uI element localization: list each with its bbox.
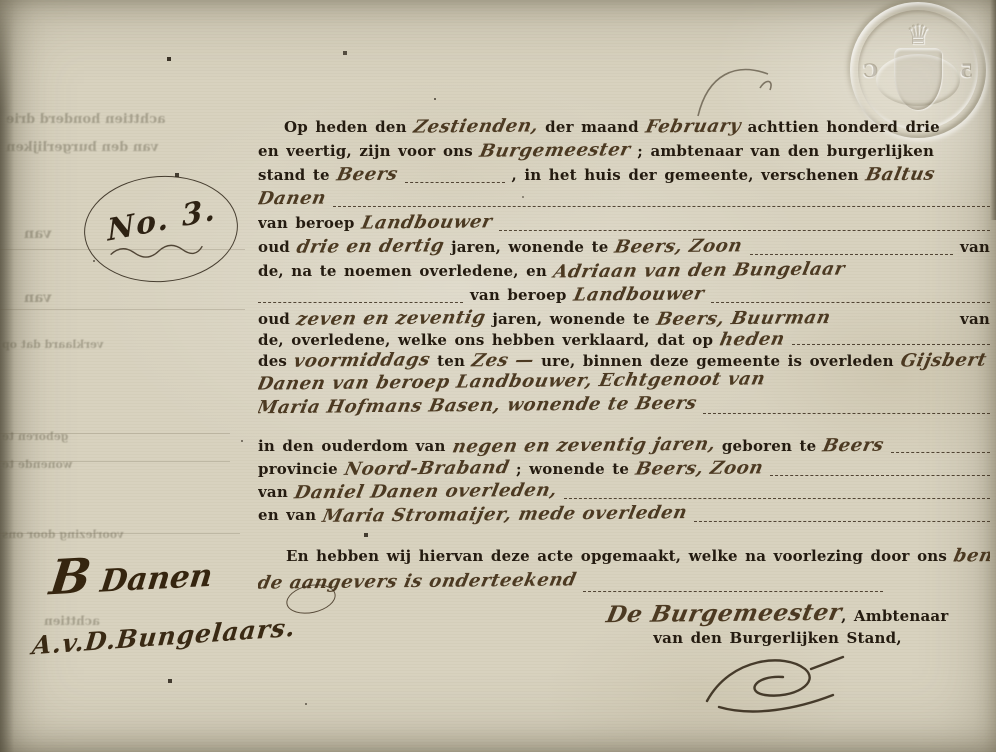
handwritten-text: Maria Hofmans Basen, wonende te Beers [258, 393, 699, 419]
printed-text: van beroep [470, 286, 567, 304]
printed-text: provincie [258, 460, 338, 478]
act-number-oval: No. 3. [80, 171, 241, 287]
officiant-line2: van den Burgerlijken Stand, [565, 629, 990, 647]
printed-text: stand te [258, 166, 330, 184]
ruled-blank-line [405, 182, 505, 183]
bleedthrough-rule [0, 461, 230, 462]
handwritten-text: zeven en zeventig [295, 307, 488, 330]
officiant-title-handwritten: De Burgemeester [604, 599, 844, 628]
ink-specks [0, 0, 2, 2]
act-line: En hebben wij hiervan deze acte opgemaak… [258, 545, 990, 571]
handwritten-text: Beers [335, 164, 400, 186]
handwritten-text: Landbouwer [359, 211, 494, 233]
act-line: provincieNoord-Braband; wonende teBeers,… [258, 458, 990, 481]
printed-text: van [258, 483, 288, 501]
act-line: vanDaniel Danen overleden, [258, 481, 990, 504]
printed-text: , in het huis der gemeente, verschenen [512, 166, 859, 184]
printed-text: van [960, 310, 990, 328]
printed-text: in den ouderdom van [258, 437, 446, 455]
closing-block: De Burgemeester, Ambtenaar van den Burge… [565, 600, 990, 723]
bleedthrough-rule [0, 533, 240, 534]
act-line: oudzeven en zeventigjaren, wonende teBee… [258, 308, 990, 329]
bleedthrough-text: achttien [44, 614, 100, 628]
printed-text: ten [437, 352, 465, 370]
printed-text: de, na te noemen overledene, en [258, 262, 547, 280]
burgemeester-signature-scrawl [693, 649, 863, 719]
printed-text: Op heden den [284, 118, 407, 136]
ruled-blank-line [258, 302, 463, 303]
handwritten-text: benevens [952, 544, 990, 566]
printed-text: en veertig, zijn voor ons [258, 142, 473, 160]
act-line: de aangevers is onderteekend [258, 571, 990, 597]
handwritten-text: drie en dertig [295, 235, 447, 258]
act-line: stand teBeers, in het huis der gemeente,… [258, 164, 990, 188]
printed-text: achttien honderd drie [748, 118, 940, 136]
crown-icon: ♛ [905, 18, 930, 51]
seal-denomination-left: C [863, 60, 878, 82]
printed-text: van [960, 238, 990, 256]
handwritten-text: Beers, Zoon [613, 235, 745, 257]
ruled-blank-line [891, 452, 990, 453]
handwritten-text: negen en zeventig jaren, [450, 434, 717, 458]
ruled-blank-line [564, 498, 990, 499]
act-line: en veertig, zijn voor onsBurgemeester; a… [258, 140, 990, 164]
handwritten-text: Danen [258, 188, 328, 210]
bleedthrough-rule [0, 249, 245, 250]
bleedthrough-rule [0, 433, 230, 434]
ruled-blank-line [694, 521, 990, 522]
printed-text: en van [258, 506, 316, 524]
printed-text: jaren, wonende te [492, 310, 649, 328]
handwritten-text: Zestienden, [411, 116, 540, 138]
act-line: ouddrie en dertigjaren, wonende teBeers,… [258, 236, 990, 260]
handwritten-text: Gijsbert [899, 350, 989, 372]
printed-text: geboren te [722, 437, 817, 455]
act-line: Maria Hofmans Basen, wonende te Beers [258, 395, 990, 419]
handwritten-text: voormiddags [292, 349, 433, 371]
printed-text: van beroep [258, 214, 355, 232]
handwritten-text: Danen van beroep Landbouwer, Echtgenoot … [258, 368, 767, 394]
act-body: Op heden denZestienden,der maandFebruary… [258, 116, 990, 597]
act-line: Danen [258, 188, 990, 212]
printed-text: de, overledene, welke ons hebben verklaa… [258, 331, 713, 349]
ruled-blank-line [711, 302, 990, 303]
ruled-blank-line [499, 230, 990, 231]
ruled-blank-line [333, 206, 990, 207]
act-line: in den ouderdom vannegen en zeventig jar… [258, 435, 990, 458]
bleedthrough-text: achttien honderd drie [6, 112, 166, 127]
handwritten-text: February [644, 116, 743, 137]
paper-right-edge-shadow [990, 0, 996, 220]
ruled-blank-line [750, 254, 954, 255]
printed-text: En hebben wij hiervan deze acte opgemaak… [286, 547, 947, 565]
act-line: Op heden denZestienden,der maandFebruary… [258, 116, 990, 140]
act-line: van beroepLandbouwer [258, 284, 990, 308]
handwritten-text: Zes — [470, 350, 536, 372]
ruled-blank-line [770, 475, 990, 476]
act-line: en vanMaria Stromaijer, mede overleden [258, 504, 990, 527]
handwritten-text: Baltus [864, 164, 937, 186]
handwritten-text: Adriaan van den Bungelaar [552, 258, 847, 282]
handwritten-text: heden [718, 329, 787, 351]
printed-text: der maand [545, 118, 639, 136]
handwritten-text: Beers, Zoon [634, 457, 766, 479]
bleedthrough-text: wonende te [2, 458, 72, 471]
act-line: de, na te noemen overledene, enAdriaan v… [258, 260, 990, 284]
act-line: desvoormiddagstenZes —ure, binnen deze g… [258, 350, 990, 371]
bleedthrough-text: verklaard dat op [2, 338, 103, 351]
printed-text: oud [258, 310, 290, 328]
bleedthrough-text: van den burgerlijken [6, 140, 158, 155]
printed-text: ; ambtenaar van den burgerlijken [637, 142, 934, 160]
bleedthrough-text: geboren te [2, 430, 68, 443]
printed-text: ure, binnen deze gemeente is overleden [541, 352, 894, 370]
act-line: de, overledene, welke ons hebben verklaa… [258, 329, 990, 350]
ink-flourish [690, 58, 782, 120]
officiant-line: De Burgemeester, Ambtenaar [565, 600, 990, 627]
handwritten-text: Beers [821, 435, 886, 457]
act-line: van beroepLandbouwer [258, 212, 990, 236]
handwritten-text: Maria Stromaijer, mede overleden [321, 502, 690, 527]
handwritten-text: Burgemeester [478, 139, 633, 162]
handwritten-text: Noord-Braband [343, 457, 512, 480]
act-line: Danen van beroep Landbouwer, Echtgenoot … [258, 371, 990, 395]
ruled-blank-line [583, 591, 883, 592]
bleedthrough-text: van [24, 290, 51, 306]
ruled-blank-line [703, 413, 990, 414]
declarant-signature-danen: B Danen [47, 542, 217, 607]
officiant-title-printed: , Ambtenaar [841, 607, 948, 625]
printed-text: des [258, 352, 287, 370]
bleedthrough-text: voorlezing door ons [2, 528, 124, 541]
printed-text: ; wonende te [516, 460, 629, 478]
death-certificate-scan: { "document_title": "Overlijdensakte Bee… [0, 0, 996, 752]
bleedthrough-rule [0, 309, 245, 310]
printed-text: jaren, wonende te [451, 238, 608, 256]
bleedthrough-text: van [24, 226, 51, 242]
handwritten-text: Landbouwer [571, 283, 706, 305]
handwritten-text: Daniel Danen overleden, [293, 480, 560, 504]
handwritten-text: Beers, Buurman [654, 307, 832, 330]
printed-text: oud [258, 238, 290, 256]
seal-denomination-right: 5 [960, 60, 973, 82]
ruled-blank-line [792, 344, 990, 345]
